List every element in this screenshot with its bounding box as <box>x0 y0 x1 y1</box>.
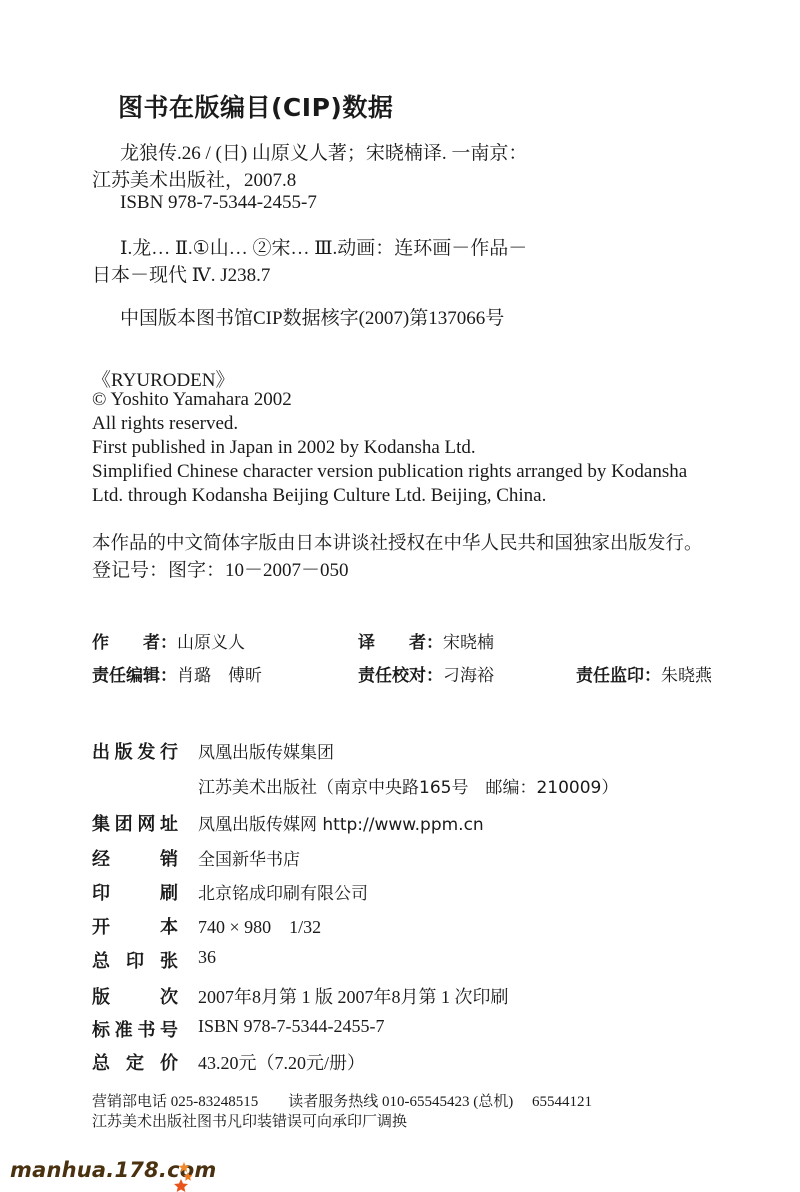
pub-label-isbn: 标准书号 <box>92 1016 178 1042</box>
rights-arrangement-1: Simplified Chinese character version pub… <box>92 461 687 483</box>
credit-print-supervisor-value: 朱晓燕 <box>661 666 712 686</box>
pub-value-sheets: 36 <box>198 947 216 968</box>
credit-editor: 责任编辑：肖璐 傅昕 <box>92 661 262 686</box>
first-published: First published in Japan in 2002 by Koda… <box>92 437 476 459</box>
cip-classification-line: Ⅰ.龙… Ⅱ.①山… ②宋… Ⅲ.动画：连环画－作品－ <box>120 233 527 260</box>
pub-label-publisher: 出版发行 <box>92 738 178 764</box>
pub-value-publisher-group: 凤凰出版传媒集团 <box>198 738 334 763</box>
cip-isbn: ISBN 978-7-5344-2455-7 <box>120 192 317 214</box>
credit-print-supervisor: 责任监印：朱晓燕 <box>576 661 712 686</box>
cip-title: 图书在版编目(CIP)数据 <box>118 88 393 124</box>
copyright-line: © Yoshito Yamahara 2002 <box>92 389 292 411</box>
label-char: 价 <box>160 1049 178 1075</box>
defect-notice: 江苏美术出版社图书凡印装错误可向承印厂调换 <box>92 1110 407 1131</box>
label-char: 集 <box>92 810 110 836</box>
label-char: 团 <box>115 810 133 836</box>
label-char: 发 <box>137 738 155 764</box>
pub-value-price: 43.20元（7.20元/册） <box>198 1049 365 1075</box>
label-char: 号 <box>160 1016 178 1042</box>
credit-translator-label: 译 者： <box>358 633 443 653</box>
pub-value-website: 凤凰出版传媒网 http://www.ppm.cn <box>198 810 484 835</box>
credit-author-label: 作 者： <box>92 633 177 653</box>
pub-value-isbn: ISBN 978-7-5344-2455-7 <box>198 1016 385 1037</box>
rights-arrangement-2: Ltd. through Kodansha Beijing Culture Lt… <box>92 485 546 507</box>
pub-value-edition: 2007年8月第 1 版 2007年8月第 1 次印刷 <box>198 983 509 1009</box>
label-char: 销 <box>160 845 178 871</box>
credit-editor-label: 责任编辑： <box>92 666 177 686</box>
credit-proofreader-value: 刁海裕 <box>443 666 494 686</box>
pub-value-printer: 北京铭成印刷有限公司 <box>198 879 368 904</box>
pub-label-sheets: 总印张 <box>92 947 178 973</box>
label-char: 书 <box>137 1016 155 1042</box>
label-char: 总 <box>92 947 110 973</box>
cip-publisher-line: 江苏美术出版社，2007.8 <box>92 165 296 192</box>
label-char: 行 <box>160 738 178 764</box>
label-char: 次 <box>160 983 178 1009</box>
registration-number: 登记号：图字：10－2007－050 <box>92 555 349 582</box>
pub-label-distributor: 经销 <box>92 845 178 871</box>
credit-translator-value: 宋晓楠 <box>443 633 494 653</box>
cip-title-line: 龙狼传.26 / (日) 山原义人著；宋晓楠译. 一南京： <box>120 138 527 165</box>
label-char: 版 <box>92 983 110 1009</box>
label-char: 标 <box>92 1016 110 1042</box>
label-char: 出 <box>92 738 110 764</box>
label-char: 准 <box>115 1016 133 1042</box>
sales-phone-line: 营销部电话 025-83248515 读者服务热线 010-65545423 (… <box>92 1090 592 1111</box>
label-char: 张 <box>160 947 178 973</box>
pub-value-format: 740 × 980 1/32 <box>198 913 321 939</box>
credit-print-supervisor-label: 责任监印： <box>576 666 661 686</box>
label-char: 刷 <box>160 879 178 905</box>
credit-proofreader: 责任校对：刁海裕 <box>358 661 494 686</box>
credit-author-value: 山原义人 <box>177 633 245 653</box>
credit-editor-value: 肖璐 傅昕 <box>177 666 262 686</box>
label-char: 址 <box>160 810 178 836</box>
label-char: 印 <box>92 879 110 905</box>
star-icon <box>172 1162 194 1192</box>
label-char: 定 <box>126 1049 144 1075</box>
cip-record-number: 中国版本图书馆CIP数据核字(2007)第137066号 <box>120 303 504 330</box>
pub-label-printer: 印刷 <box>92 879 178 905</box>
pub-label-website: 集团网址 <box>92 810 178 836</box>
credit-proofreader-label: 责任校对： <box>358 666 443 686</box>
pub-value-distributor: 全国新华书店 <box>198 845 300 870</box>
credit-author: 作 者：山原义人 <box>92 628 245 653</box>
label-char: 版 <box>115 738 133 764</box>
label-char: 印 <box>126 947 144 973</box>
credit-translator: 译 者：宋晓楠 <box>358 628 494 653</box>
label-char: 本 <box>160 913 178 939</box>
pub-label-edition: 版次 <box>92 983 178 1009</box>
pub-label-format: 开本 <box>92 913 178 939</box>
label-char: 总 <box>92 1049 110 1075</box>
license-statement: 本作品的中文简体字版由日本讲谈社授权在中华人民共和国独家出版发行。 <box>92 529 703 555</box>
cip-classification-line-2: 日本－现代 Ⅳ. J238.7 <box>92 260 270 287</box>
pub-label-price: 总定价 <box>92 1049 178 1075</box>
original-title: 《RYURODEN》 <box>92 365 235 392</box>
label-char: 开 <box>92 913 110 939</box>
rights-reserved: All rights reserved. <box>92 413 238 435</box>
pub-value-publisher-address: 江苏美术出版社（南京中央路165号 邮编：210009） <box>198 773 618 798</box>
label-char: 经 <box>92 845 110 871</box>
label-char: 网 <box>137 810 155 836</box>
